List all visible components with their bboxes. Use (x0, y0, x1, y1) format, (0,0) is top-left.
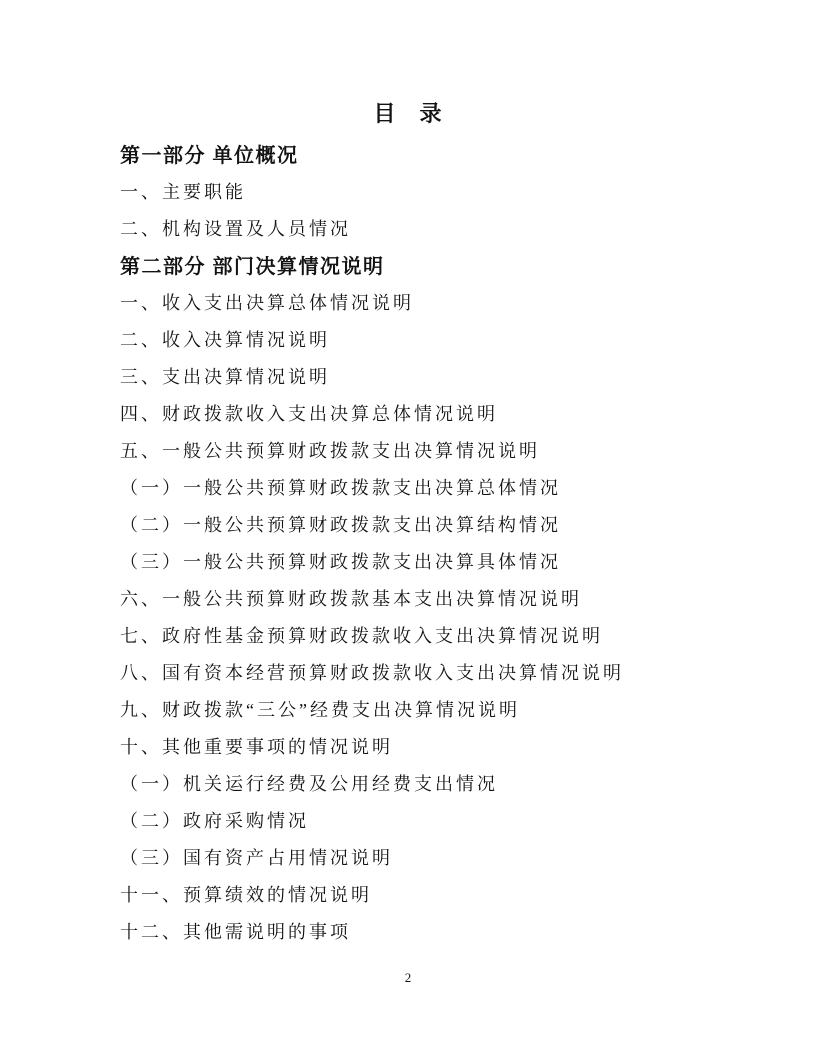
toc-subitem: （二）一般公共预算财政拨款支出决算结构情况 (120, 505, 696, 542)
toc-item: 一、收入支出决算总体情况说明 (120, 283, 696, 320)
toc-section-heading: 第二部分 部门决算情况说明 (120, 246, 696, 283)
toc-item: 七、政府性基金预算财政拨款收入支出决算情况说明 (120, 616, 696, 653)
toc-item: 二、收入决算情况说明 (120, 320, 696, 357)
toc-item: 一、主要职能 (120, 172, 696, 209)
toc-item: 六、一般公共预算财政拨款基本支出决算情况说明 (120, 579, 696, 616)
toc-item: 四、财政拨款收入支出决算总体情况说明 (120, 394, 696, 431)
toc-content: 目 录 第一部分 单位概况 一、主要职能 二、机构设置及人员情况 第二部分 部门… (120, 97, 696, 949)
toc-subitem: （三）一般公共预算财政拨款支出决算具体情况 (120, 542, 696, 579)
toc-subitem: （一）一般公共预算财政拨款支出决算总体情况 (120, 468, 696, 505)
toc-item: 二、机构设置及人员情况 (120, 209, 696, 246)
toc-subitem: （二）政府采购情况 (120, 801, 696, 838)
toc-subitem: （一）机关运行经费及公用经费支出情况 (120, 764, 696, 801)
toc-item: 三、支出决算情况说明 (120, 357, 696, 394)
toc-subitem: （三）国有资产占用情况说明 (120, 838, 696, 875)
toc-item: 九、财政拨款“三公”经费支出决算情况说明 (120, 690, 696, 727)
page-number-footer: 2 (0, 970, 816, 986)
toc-section-heading: 第一部分 单位概况 (120, 135, 696, 172)
toc-item: 五、一般公共预算财政拨款支出决算情况说明 (120, 431, 696, 468)
toc-item: 十一、预算绩效的情况说明 (120, 875, 696, 912)
toc-item: 十二、其他需说明的事项 (120, 912, 696, 949)
document-page: 目 录 第一部分 单位概况 一、主要职能 二、机构设置及人员情况 第二部分 部门… (0, 0, 816, 1056)
document-title: 目 录 (120, 97, 696, 125)
toc-item: 十、其他重要事项的情况说明 (120, 727, 696, 764)
toc-item: 八、国有资本经营预算财政拨款收入支出决算情况说明 (120, 653, 696, 690)
